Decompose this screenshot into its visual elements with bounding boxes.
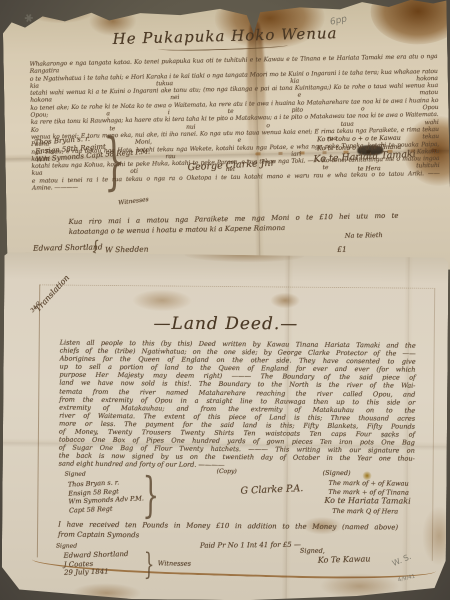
receipt-witness-label: Signed xyxy=(56,543,77,550)
witness-signature: 29 July 1841 xyxy=(64,567,129,577)
receipt-signoff: Na te Rieth xyxy=(345,231,383,240)
witness-signature: Edward Shortland xyxy=(63,550,128,560)
stain xyxy=(132,289,192,312)
signed-left-label: Signed xyxy=(65,471,86,478)
signed-label: Signed, xyxy=(300,547,325,555)
stain xyxy=(71,583,141,600)
native-mark-lines: The mark of + of KawauThe mark + of of T… xyxy=(328,479,409,497)
left-witness-signatures: Thos Bryan s. r.Ensign 58 RegtWm Symonds… xyxy=(68,477,145,515)
land-deed-title: —Land Deed.— xyxy=(4,314,448,335)
paid-note: Paid Pr No 1 Int 41 for £5 — xyxy=(200,541,301,550)
brace-glyph: } xyxy=(144,547,155,582)
native-mark-big: Ko te Hariata Tamaki xyxy=(324,496,410,506)
margin-note: 1841 xyxy=(381,433,394,439)
copy-note: (Copy) xyxy=(217,468,237,475)
stain xyxy=(320,573,400,600)
receipt-signature: Ko Te Kawau xyxy=(318,554,371,564)
maori-deed-sheet: He Pukapuka Hoko Wenua Whakarongo e nga … xyxy=(2,0,450,278)
brace-glyph: } xyxy=(142,467,159,523)
translation-body: Listen all people to this (by this) Deed… xyxy=(59,339,416,472)
receipt-lines: I have received ten Pounds in Money £10 … xyxy=(58,521,398,543)
stain xyxy=(26,0,96,24)
translation-deed-sheet: 34/2 Translation —Land Deed.— Listen all… xyxy=(1,252,448,600)
signed-right-label: (Signed) xyxy=(323,469,351,477)
native-mark-small: The mark Q of Hera xyxy=(332,507,398,516)
witnesses-label: Witnesses xyxy=(118,196,149,207)
witnesses-label: Witnesses xyxy=(158,559,191,567)
native-signature-small: te Hera xyxy=(358,165,381,172)
brace-glyph: } xyxy=(103,124,126,197)
bottom-witness-3: W Shedden xyxy=(105,245,149,255)
native-mark-line: The mark of + of Kawau xyxy=(328,479,408,488)
stain xyxy=(270,292,300,308)
receipt-witnesses: Edward ShortlandJ Coates29 July 1841 xyxy=(63,550,129,577)
photograph-of-land-deeds: He Pukapuka Hoko Wenua Whakarongo e nga … xyxy=(0,0,450,600)
amount-note: £1 xyxy=(337,245,347,254)
